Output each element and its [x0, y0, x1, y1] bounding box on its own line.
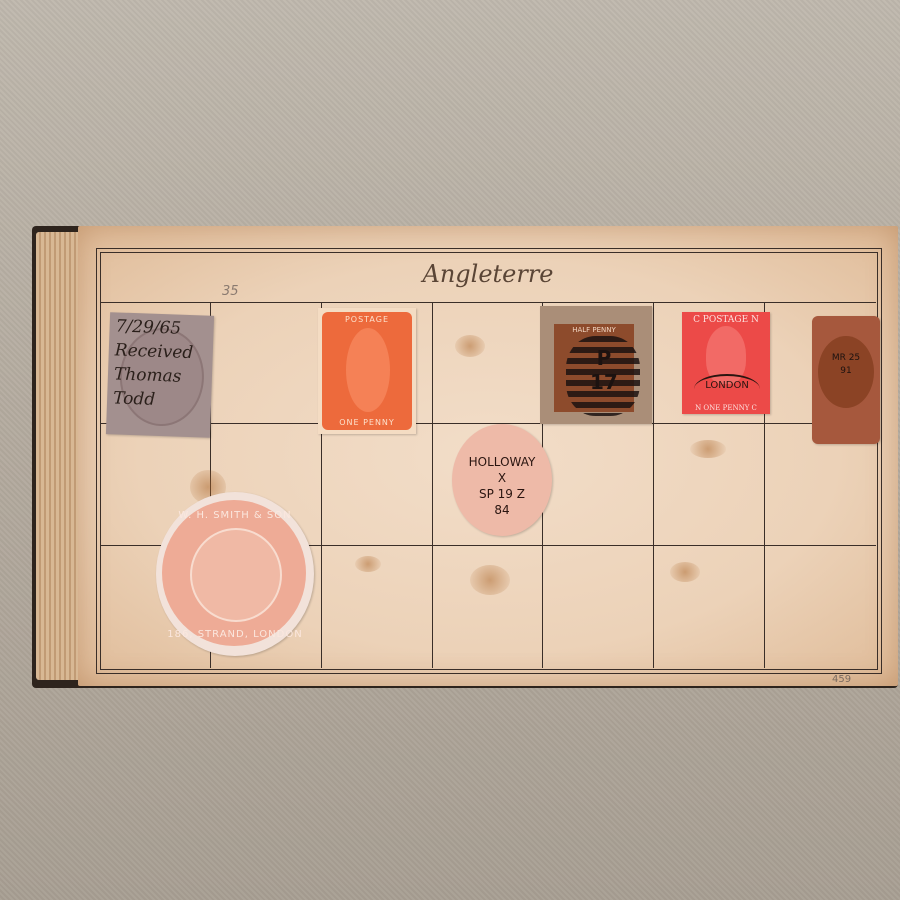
cancel-number: P 17	[590, 346, 618, 394]
foxing-stain	[690, 440, 726, 458]
postmark: LONDON	[694, 374, 760, 404]
stamp-brown-halfpenny: HALF PENNY P 17	[540, 306, 652, 424]
stamp-brown-cutout: MR 25 91	[812, 316, 880, 444]
page-number: 459	[832, 674, 851, 685]
stamp-bottom-label: ONE PENNY	[322, 418, 412, 427]
stamp-red-penny: C POSTAGE N LONDON N ONE PENNY C	[682, 312, 770, 414]
stamp-bottom-label: N ONE PENNY C	[682, 404, 770, 412]
foxing-stain	[455, 335, 485, 357]
seal-top-label: W. H. SMITH & SON	[156, 510, 314, 521]
foxing-stain	[670, 562, 700, 582]
postmark: MR 25 91	[812, 352, 880, 378]
foxing-stain	[470, 565, 510, 595]
stamp-orange-one-penny: POSTAGE ONE PENNY	[318, 308, 416, 434]
britannia-figure	[346, 328, 390, 412]
page-title: Angleterre	[100, 260, 876, 288]
foxing-stain	[355, 556, 381, 572]
stamp-design: POSTAGE ONE PENNY	[322, 312, 412, 430]
stamp-lilac-revenue: 7/29/65 Received Thomas Todd	[106, 312, 214, 438]
postmark: HOLLOWAY X SP 19 Z 84	[452, 454, 552, 518]
stamp-top-label: POSTAGE	[322, 315, 412, 324]
grid-cell	[543, 424, 654, 546]
stamp-wh-smith-seal: W. H. SMITH & SON 186, STRAND, LONDON	[156, 492, 314, 656]
manuscript-cancel: 7/29/65 Received Thomas Todd	[113, 314, 195, 413]
queen-medallion	[190, 528, 282, 622]
stamp-top-label: C POSTAGE N	[682, 315, 770, 325]
grid-cell	[654, 546, 765, 668]
grid-cell	[322, 424, 433, 546]
stamp-top-label: HALF PENNY	[554, 326, 634, 334]
grid-cell	[433, 302, 544, 424]
grid-cell	[543, 546, 654, 668]
seal-bottom-label: 186, STRAND, LONDON	[156, 629, 314, 640]
pencil-note: 35	[222, 284, 239, 299]
grid-cell	[211, 302, 322, 424]
stamp-pink-round-cutout: HOLLOWAY X SP 19 Z 84	[452, 424, 552, 536]
grid-cell	[765, 546, 876, 668]
title-band: Angleterre	[100, 252, 876, 303]
